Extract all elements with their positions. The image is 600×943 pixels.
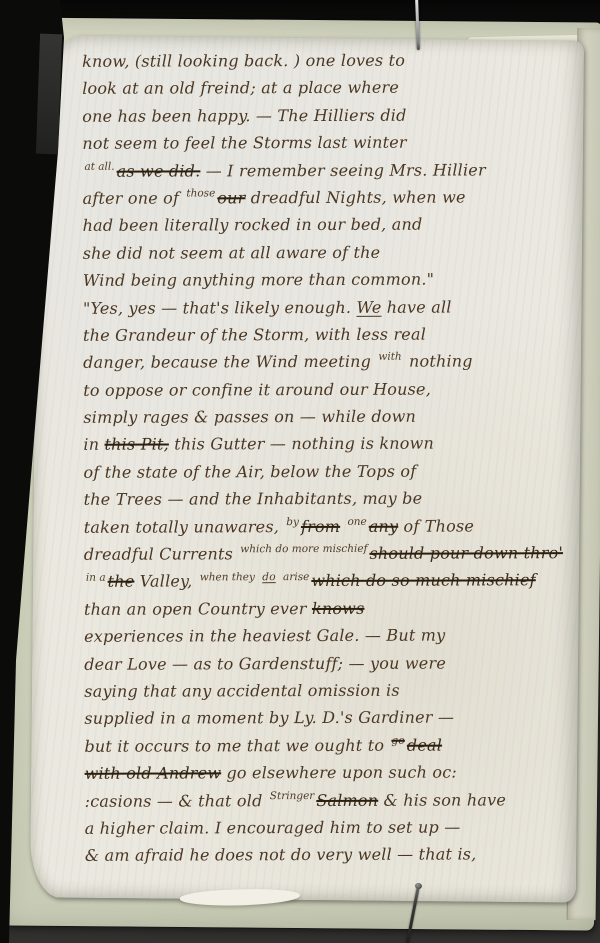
inserted-text: at all. [84,160,114,172]
text-segment: but it occurs to me that we ought to [84,736,389,756]
inserted-text: Stringer [270,790,315,802]
text-segment: danger, because the Wind meeting [83,352,376,372]
text-segment: have all [381,297,451,316]
text-segment: after one of [83,188,185,207]
inserted-text: by [286,516,299,528]
deleted-text: any [369,516,399,535]
manuscript-line: look at an old freind; at a place where [82,73,576,102]
deleted-text: with old Andrew [85,763,222,782]
text-segment: supplied in a moment by Ly. D.'s Gardine… [84,708,454,728]
manuscript-line: danger, because the Wind meeting with no… [83,347,577,376]
manuscript-line: experiences in the heaviest Gale. — But … [84,621,578,650]
inserted-text: with [378,351,401,363]
deleted-text: Salmon [316,790,378,809]
text-segment: saying that any accidental omission is [84,681,400,701]
text-segment: she did not seem at all aware of the [83,243,381,263]
manuscript-line: had been literally rocked in our bed, an… [83,210,577,239]
text-segment: a higher claim. I encouraged him to set … [85,817,461,837]
deleted-text: as we did. [117,161,201,180]
manuscript-line: in this Pit, this Gutter — nothing is kn… [83,430,577,459]
deleted-text: should pour down thro' [369,543,563,563]
text-segment: Valley, [134,572,197,591]
manuscript-line: than an open Country ever knows [84,594,578,623]
text-segment: know, (still looking back. ) one loves t… [82,51,405,71]
manuscript-line: not seem to feel the Storms last winter [82,128,576,157]
manuscript-line: dreadful Currents which do more mischief… [84,539,578,568]
manuscript-text: know, (still looking back. ) one loves t… [82,46,579,869]
deleted-text: from [301,517,340,536]
manuscript-photo: know, (still looking back. ) one loves t… [0,0,600,943]
manuscript-line: but it occurs to me that we ought to god… [84,731,578,760]
manuscript-page: know, (still looking back. ) one loves t… [30,35,584,902]
inserted-text: in a [86,571,106,583]
text-segment: of Those [398,516,474,535]
text-segment: & his son have [378,790,506,809]
text-segment: dear Love — as to Gardenstuff; — you wer… [84,653,446,673]
manuscript-line: the Grandeur of the Storm, with less rea… [83,320,577,349]
deleted-text: which do so much mischief [311,571,536,591]
deleted-text: our [217,188,245,207]
manuscript-line: a higher claim. I encouraged him to set … [85,813,579,842]
manuscript-line: of the state of the Air, below the Tops … [83,457,577,486]
text-segment: in [83,435,104,454]
text-segment: dreadful Currents [84,544,239,564]
manuscript-line: & am afraid he does not do very well — t… [85,840,579,869]
text-segment [340,517,345,536]
text-segment: nothing [404,352,473,371]
text-segment: dreadful Nights, when we [245,187,465,207]
text-segment: "Yes, yes — that's likely enough. [83,297,357,317]
underlined-text: We [356,297,381,316]
manuscript-line: :casions — & that old StringerSalmon & h… [85,786,579,815]
inserted-underlined-text: do [262,571,275,583]
text-segment: one has been happy. — The Hilliers did [82,105,406,125]
inserted-text: arise [280,571,310,583]
text-segment: :casions — & that old [85,791,268,811]
text-segment: experiences in the heaviest Gale. — But … [84,626,445,646]
text-segment: the Grandeur of the Storm, with less rea… [83,325,426,345]
text-segment: go elsewhere upon such oc: [221,763,457,783]
manuscript-line: the Trees — and the Inhabitants, may be [84,484,578,513]
manuscript-line: know, (still looking back. ) one loves t… [82,46,576,75]
inserted-then-deleted-text: go [391,735,404,747]
inserted-text: which do more mischief [240,543,367,555]
text-segment: — I remember seeing Mrs. Hillier [200,160,485,180]
text-segment: had been literally rocked in our bed, an… [83,215,423,235]
text-segment: look at an old freind; at a place where [82,78,399,98]
inserted-text: one [347,516,366,528]
deleted-text: deal [407,735,442,754]
manuscript-line: supplied in a moment by Ly. D.'s Gardine… [84,703,578,732]
manuscript-line: saying that any accidental omission is [84,676,578,705]
manuscript-line: dear Love — as to Gardenstuff; — you wer… [84,649,578,678]
inserted-text: when they [200,571,259,583]
text-segment: than an open Country ever [84,599,312,619]
manuscript-line: after one of thoseour dreadful Nights, w… [83,183,577,212]
text-segment: the Trees — and the Inhabitants, may be [84,489,423,509]
deleted-text: the [108,572,135,591]
frame-glint [36,34,62,155]
text-segment: Wind being anything more than common." [83,270,434,290]
manuscript-line: taken totally unawares, byfrom oneany of… [84,512,578,541]
deleted-text: this Pit, [104,435,168,454]
manuscript-line: Wind being anything more than common." [83,265,577,294]
text-segment: & am afraid he does not do very well — t… [85,845,477,865]
text-segment: to oppose or confine it around our House… [83,379,431,399]
inserted-text: those [186,187,215,199]
manuscript-line: with old Andrew go elsewhere upon such o… [85,758,579,787]
text-segment: of the state of the Air, below the Tops … [83,462,416,482]
text-segment: taken totally unawares, [84,517,285,537]
manuscript-line: at all.as we did. — I remember seeing Mr… [82,156,576,185]
manuscript-line: "Yes, yes — that's likely enough. We hav… [83,293,577,322]
text-segment: simply rages & passes on — while down [83,407,416,427]
manuscript-line: in athe Valley, when they do arisewhich … [84,567,578,596]
manuscript-line: she did not seem at all aware of the [83,238,577,267]
manuscript-line: to oppose or confine it around our House… [83,375,577,404]
deleted-text: knows [312,599,365,618]
text-segment: this Gutter — nothing is known [169,434,434,454]
manuscript-line: simply rages & passes on — while down [83,402,577,431]
text-segment: not seem to feel the Storms last winter [82,133,406,153]
manuscript-line: one has been happy. — The Hilliers did [82,101,576,130]
